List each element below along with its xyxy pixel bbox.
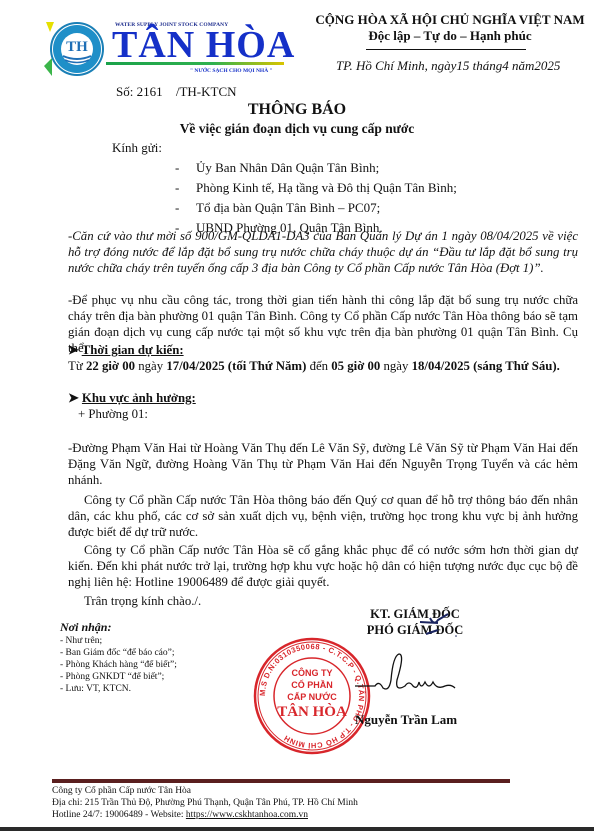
company-logo-name: TÂN HÒA xyxy=(112,25,295,65)
handwritten-signature-icon xyxy=(355,650,475,700)
footer-contact: Hotline 24/7: 19006489 - Website: https:… xyxy=(52,809,358,821)
company-stamp-icon: M.S D.N:0310350068 - C.T.C.P - Q.TÂN PHÚ… xyxy=(252,636,372,756)
company-emblem-icon: TH xyxy=(44,18,106,80)
receivers-title: Nơi nhận: xyxy=(60,620,111,635)
ward-label: + Phường 01: xyxy=(78,406,588,422)
stamp-line3: CẤP NƯỚC xyxy=(287,691,337,702)
receivers-list: - Như trên; - Ban Giám đốc “để báo cáo”;… xyxy=(60,635,177,695)
affected-streets: -Đường Phạm Văn Hai từ Hoàng Văn Thụ đến… xyxy=(68,440,578,488)
footer-hotline: Hotline 24/7: 19006489 - Website: xyxy=(52,810,186,820)
receiver-item: - Phòng GNKDT “để biết”; xyxy=(60,671,177,683)
initials-icon xyxy=(418,610,468,640)
to-time: 05 giờ 00 xyxy=(331,359,380,373)
document-number: Số: 2161 /TH-KTCN xyxy=(116,84,237,100)
date-line: TP. Hồ Chí Minh, ngày15 tháng4 năm2025 xyxy=(336,58,560,74)
heading-affected-area-text: Khu vực ảnh hưởng: xyxy=(82,391,196,405)
svg-text:TH: TH xyxy=(66,39,88,55)
to-label: đến xyxy=(310,359,328,373)
recipient-item: Ủy Ban Nhân Dân Quận Tân Bình; xyxy=(175,158,457,178)
recipient-list: Ủy Ban Nhân Dân Quận Tân Bình; Phòng Kin… xyxy=(175,158,457,238)
page-subtitle: Về việc gián đoạn dịch vụ cung cấp nước xyxy=(0,121,594,137)
arrow-bullet-icon: ➤ xyxy=(68,391,82,405)
to-date: 18/04/2025 (sáng Thứ Sáu). xyxy=(412,359,560,373)
greeting: Kính gửi: xyxy=(112,140,162,156)
closing-greeting: Trân trọng kính chào./. xyxy=(84,593,594,609)
recipient-item: Phòng Kinh tế, Hạ tầng và Đô thị Quận Tâ… xyxy=(175,178,457,198)
stamp-line4: TÂN HÒA xyxy=(277,703,347,720)
arrow-bullet-icon: ➤ xyxy=(68,343,82,357)
from-time: 22 giờ 00 xyxy=(86,359,135,373)
national-motto: Độc lập – Tự do – Hạnh phúc xyxy=(310,28,590,44)
from-label: Từ xyxy=(68,359,83,373)
document-number-label: Số: 2161 xyxy=(116,84,163,100)
day-label: ngày xyxy=(384,359,409,373)
stamp-line1: CÔNG TY xyxy=(291,667,332,678)
footer-divider xyxy=(52,779,510,783)
logo-underline xyxy=(106,62,284,65)
website-link[interactable]: https://www.cskhtanhoa.com.vn xyxy=(186,810,308,820)
heading-expected-time-text: Thời gian dự kiến: xyxy=(82,343,184,357)
page-bottom-edge xyxy=(0,827,594,831)
national-title: CỘNG HÒA XÃ HỘI CHỦ NGHĨA VIỆT NAM xyxy=(310,12,590,28)
day-label: ngày xyxy=(138,359,163,373)
national-header: CỘNG HÒA XÃ HỘI CHỦ NGHĨA VIỆT NAM Độc l… xyxy=(310,12,590,44)
receiver-item: - Lưu: VT, KTCN. xyxy=(60,683,177,695)
footer: Công ty Cổ phần Cấp nước Tân Hòa Địa chỉ… xyxy=(52,785,358,821)
from-date: 17/04/2025 (tối Thứ Năm) xyxy=(166,359,306,373)
paragraph-notice: Công ty Cổ phần Cấp nước Tân Hòa thông b… xyxy=(68,492,578,540)
signer-name: Nguyễn Trần Lam xyxy=(355,712,457,728)
receiver-item: - Ban Giám đốc “để báo cáo”; xyxy=(60,647,177,659)
heading-affected-area: ➤ Khu vực ảnh hưởng: xyxy=(68,390,578,406)
receiver-item: - Như trên; xyxy=(60,635,177,647)
outage-time: Từ 22 giờ 00 ngày 17/04/2025 (tối Thứ Nă… xyxy=(68,358,578,374)
stamp-line2: CỔ PHẦN xyxy=(291,679,333,690)
receiver-item: - Phòng Khách hàng “để biết”; xyxy=(60,659,177,671)
paragraph-reference: -Căn cứ vào thư mời số 900/GM-QLDA1-DA3 … xyxy=(68,228,578,276)
motto-underline xyxy=(366,49,526,50)
paragraph-hotline: Công ty Cổ phần Cấp nước Tân Hòa sẽ cố g… xyxy=(68,542,578,590)
page-title: THÔNG BÁO xyxy=(0,101,594,119)
heading-expected-time: ➤ Thời gian dự kiến: xyxy=(68,342,578,358)
company-slogan: " NƯỚC SẠCH CHO MỌI NHÀ " xyxy=(190,68,273,74)
footer-address: Địa chỉ: 215 Trần Thủ Độ, Phường Phú Thạ… xyxy=(52,797,358,809)
recipient-item: Tổ địa bàn Quận Tân Bình – PC07; xyxy=(175,198,457,218)
footer-company: Công ty Cổ phần Cấp nước Tân Hòa xyxy=(52,785,358,797)
document-number-suffix: /TH-KTCN xyxy=(176,84,237,100)
